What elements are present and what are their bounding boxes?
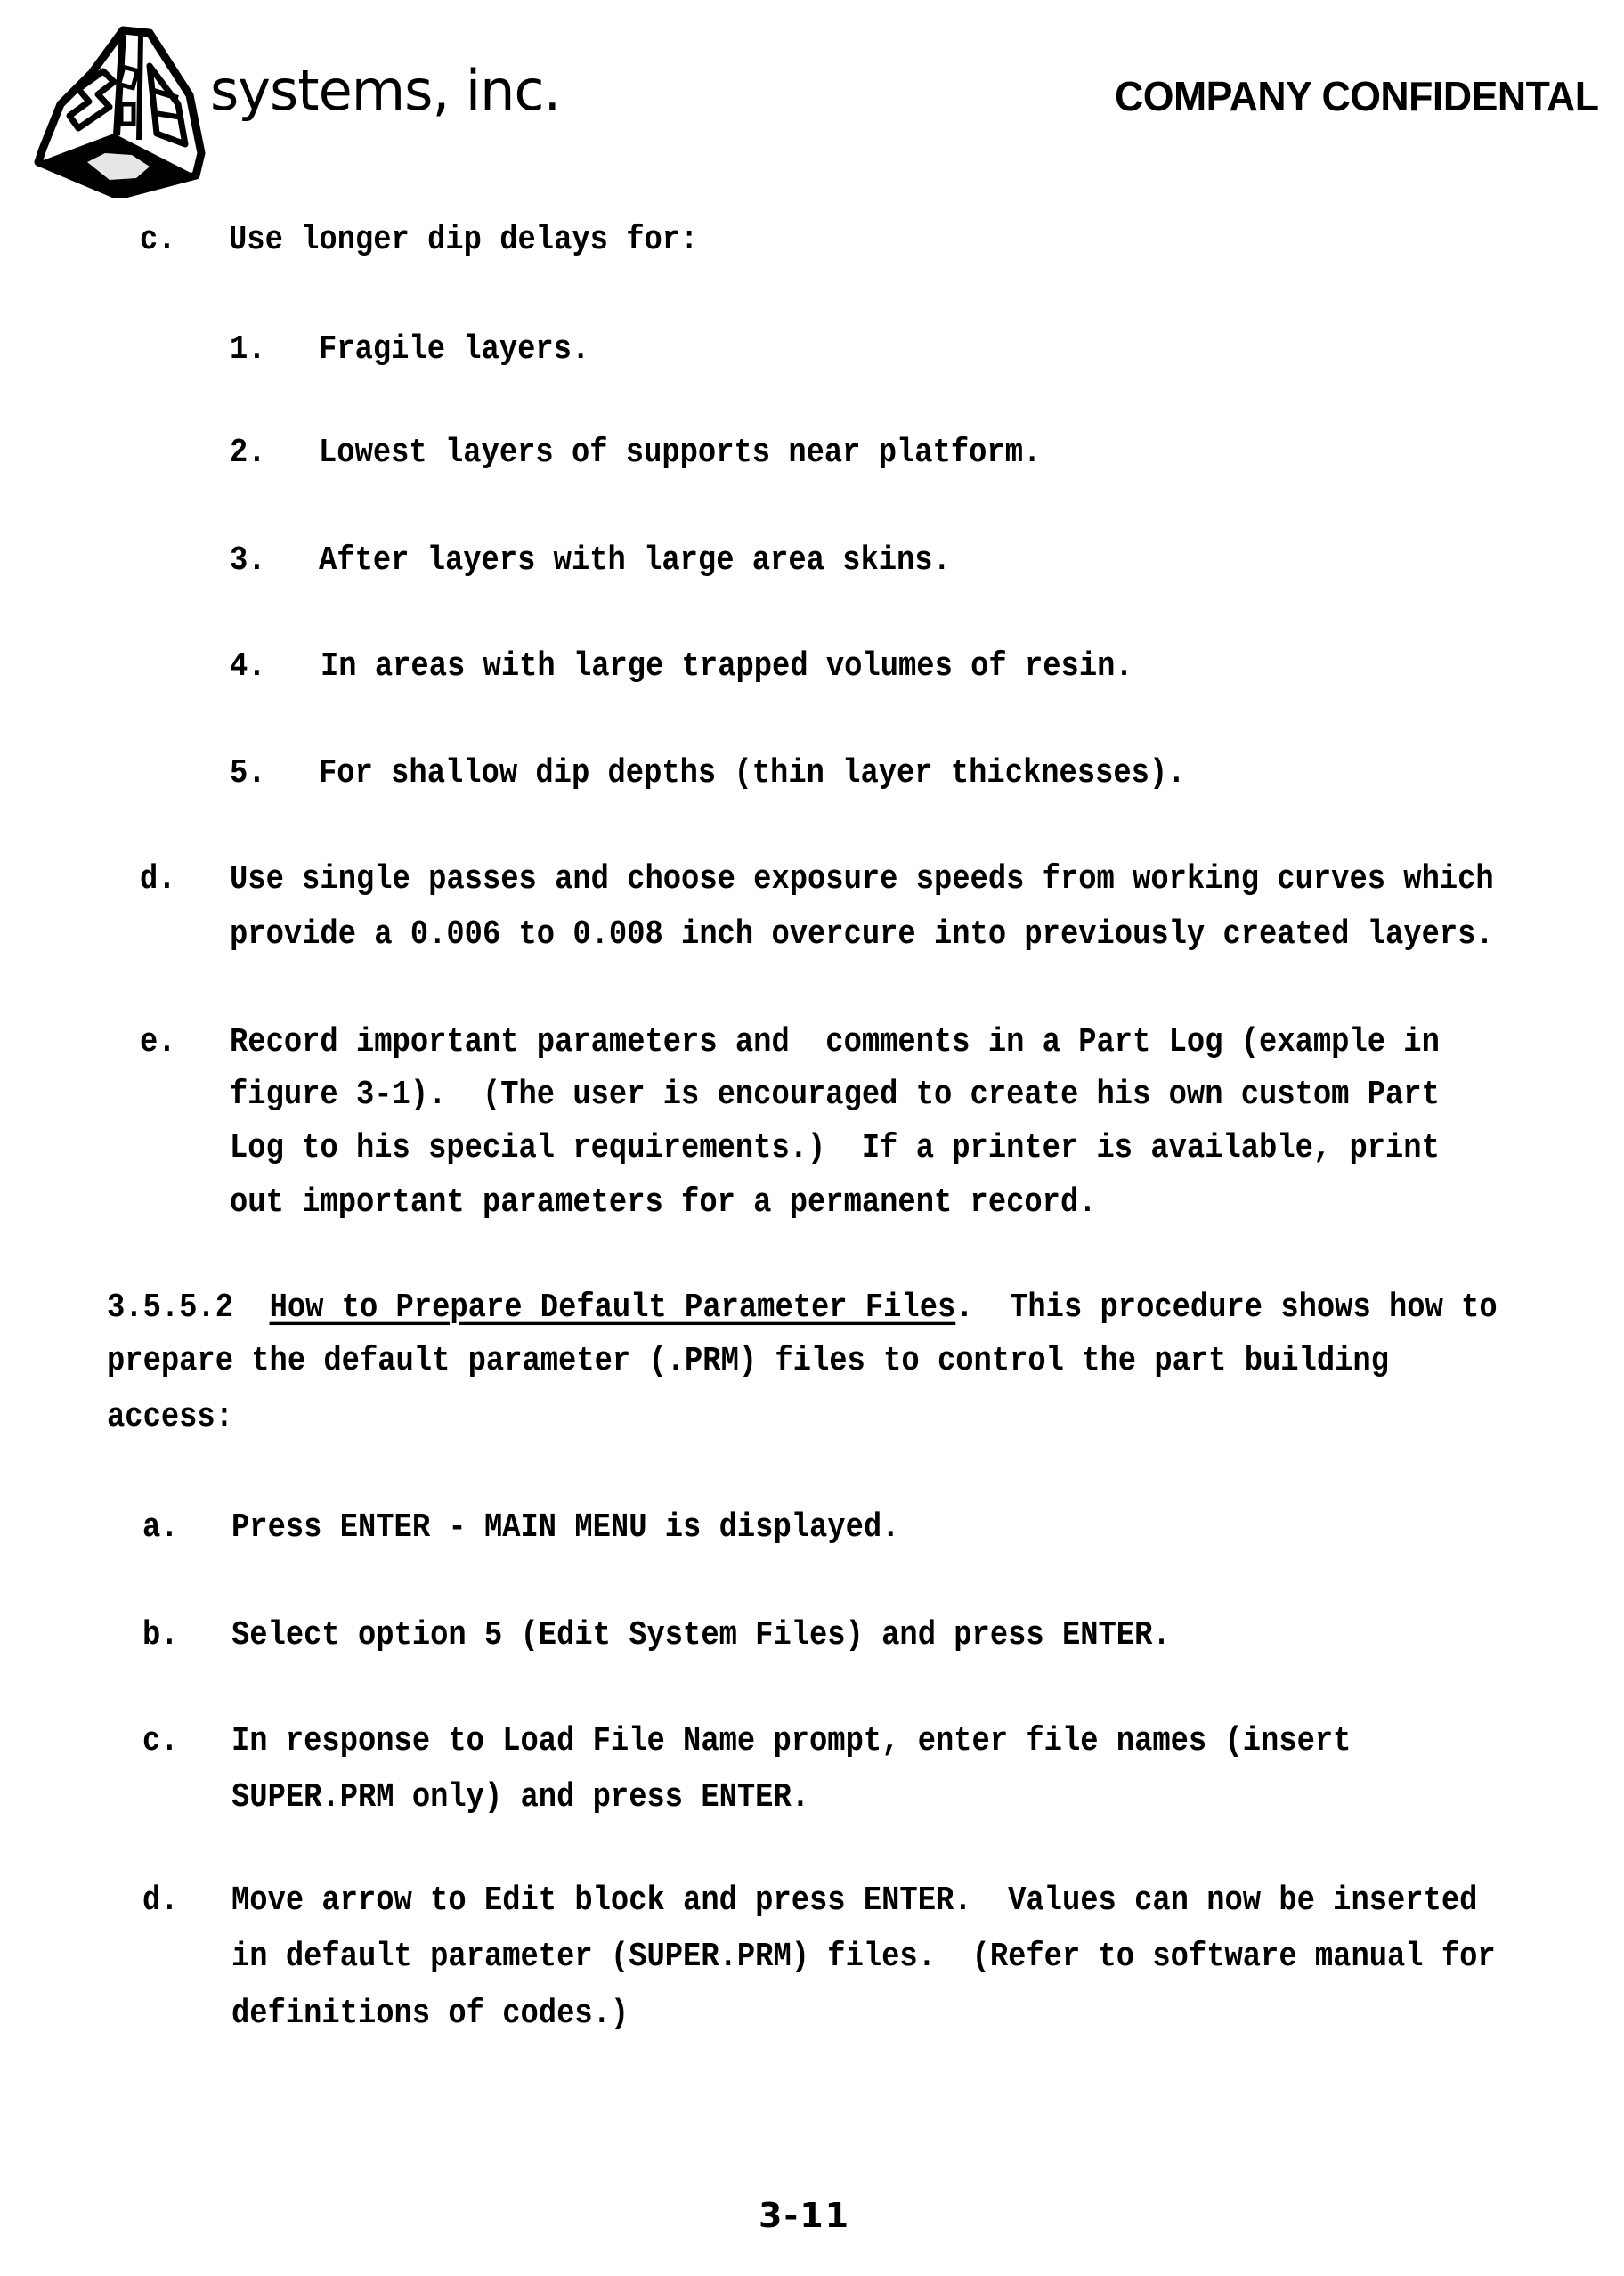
section-intro-line: prepare the default parameter (.PRM) fil… xyxy=(107,1342,1389,1382)
subitem-1-text: Fragile layers. xyxy=(319,330,589,370)
step-b-label: b. xyxy=(142,1616,179,1656)
subitem-4-label: 4. xyxy=(230,647,266,687)
list-item-e-line: out important parameters for a permanent… xyxy=(230,1183,1097,1223)
subitem-4-text: In areas with large trapped volumes of r… xyxy=(321,647,1133,687)
section-heading: 3.5.5.2 How to Prepare Default Parameter… xyxy=(107,1288,1498,1329)
company-brand-name: systems, inc. xyxy=(210,55,560,126)
step-b-text: Select option 5 (Edit System Files) and … xyxy=(231,1616,1171,1656)
list-item-e-label: e. xyxy=(140,1023,176,1063)
subitem-3-text: After layers with large area skins. xyxy=(319,541,951,581)
step-d-text: definitions of codes.) xyxy=(231,1995,629,2035)
section-intro-line: access: xyxy=(107,1398,233,1438)
page-number: 3-11 xyxy=(759,2198,850,2233)
list-item-e-line: Record important parameters and comments… xyxy=(230,1023,1440,1063)
step-d-text: Move arrow to Edit block and press ENTER… xyxy=(231,1882,1477,1922)
list-item-d-label: d. xyxy=(140,860,176,900)
subitem-3-label: 3. xyxy=(230,541,266,581)
list-item-d-line: Use single passes and choose exposure sp… xyxy=(230,860,1494,900)
list-item-e-line: Log to his special requirements.) If a p… xyxy=(230,1129,1440,1169)
subitem-2-label: 2. xyxy=(230,434,266,474)
list-item-c-label: c. xyxy=(140,221,176,261)
subitem-5-label: 5. xyxy=(230,754,266,794)
list-item-d-line: provide a 0.006 to 0.008 inch overcure i… xyxy=(230,915,1494,955)
step-d-label: d. xyxy=(142,1882,179,1922)
step-a-label: a. xyxy=(142,1508,179,1548)
step-c-text: In response to Load File Name prompt, en… xyxy=(231,1722,1351,1762)
subitem-1-label: 1. xyxy=(230,330,266,370)
section-intro-text: . This procedure shows how to xyxy=(955,1289,1497,1328)
section-number: 3.5.5.2 xyxy=(107,1289,233,1328)
step-c-label: c. xyxy=(142,1722,179,1762)
step-c-text: SUPER.PRM only) and press ENTER. xyxy=(231,1778,809,1818)
section-title: How to Prepare Default Parameter Files xyxy=(270,1289,956,1328)
subitem-2-text: Lowest layers of supports near platform. xyxy=(319,434,1041,474)
sid-cube-logo-icon xyxy=(25,20,212,198)
step-a-text: Press ENTER - MAIN MENU is displayed. xyxy=(231,1508,899,1548)
confidential-banner: COMPANY CONFIDENTAL xyxy=(1115,71,1598,121)
step-d-text: in default parameter (SUPER.PRM) files. … xyxy=(231,1938,1496,1978)
subitem-5-text: For shallow dip depths (thin layer thick… xyxy=(319,754,1186,794)
list-item-e-line: figure 3-1). (The user is encouraged to … xyxy=(230,1076,1440,1116)
list-item-c-text: Use longer dip delays for: xyxy=(229,221,698,261)
